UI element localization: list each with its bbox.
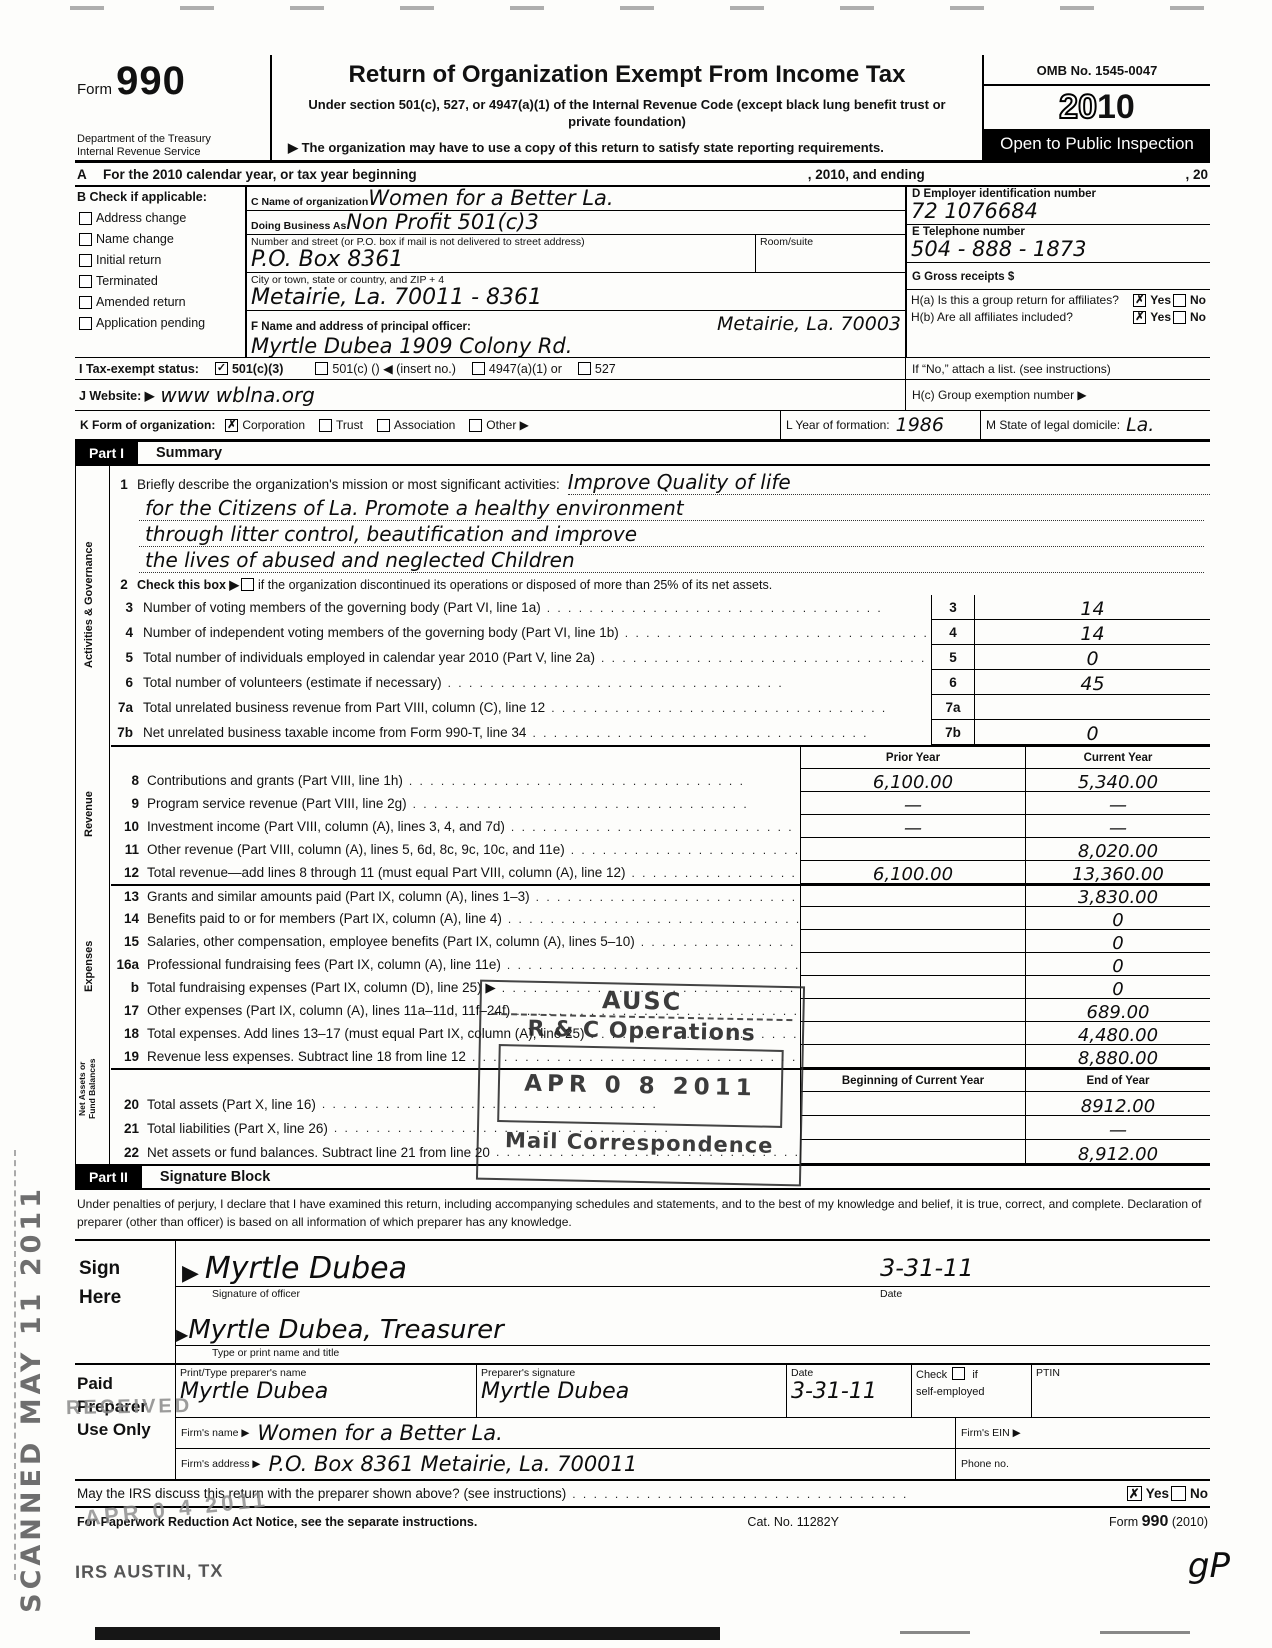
current-value[interactable]: 13,360.00: [1025, 861, 1210, 884]
checkbox-amended-return[interactable]: [79, 296, 92, 309]
summary-row-12: 12Total revenue—add lines 8 through 11 (…: [111, 861, 1210, 884]
row-num: 15: [113, 934, 147, 949]
prior-value[interactable]: —: [800, 792, 1025, 815]
domicile-label: M State of legal domicile:: [986, 418, 1120, 432]
line-i-tax-exempt: I Tax-exempt status: ✓ 501(c)(3) 501(c) …: [75, 358, 1210, 380]
room-suite-label: Room/suite: [755, 235, 905, 272]
summary-row-4: 4Number of independent voting members of…: [111, 620, 1210, 645]
sign-word: Sign: [79, 1255, 175, 1284]
preparer-row-2: Firm's name ▶ Women for a Better La. Fir…: [176, 1418, 1210, 1449]
dba-value[interactable]: Non Profit 501(c)3: [346, 212, 539, 233]
row-num: 7b: [113, 725, 143, 740]
row-label: Salaries, other compensation, employee b…: [147, 934, 635, 949]
section-b-checklist: B Check if applicable: Address change Na…: [75, 187, 247, 357]
current-value[interactable]: 0: [1025, 930, 1210, 953]
footer-form-number: Form 990 (2010): [1109, 1513, 1208, 1531]
scan-artifact-dash: [1100, 1631, 1190, 1634]
open-to-public-badge: Open to Public Inspection: [984, 129, 1210, 160]
sidebar-revenue: Revenue: [83, 754, 95, 874]
phone-label: Phone no.: [955, 1449, 1210, 1479]
domicile-value[interactable]: La.: [1126, 414, 1154, 436]
current-value[interactable]: 0: [1025, 953, 1210, 976]
prior-value[interactable]: [800, 976, 1025, 999]
label-trust: Trust: [336, 418, 363, 432]
dot-leader: [407, 797, 800, 811]
summary-row-11: 11Other revenue (Part VIII, column (A), …: [111, 838, 1210, 861]
row-num: 22: [113, 1145, 147, 1160]
prior-value[interactable]: [800, 999, 1025, 1022]
website-label: J Website: ▶: [79, 388, 154, 403]
end-value[interactable]: 8,912.00: [1025, 1140, 1210, 1164]
row-num: 19: [113, 1049, 147, 1064]
hb-note: If “No,” attach a list. (see instruction…: [905, 358, 1210, 379]
hb-yes-label: Yes: [1150, 310, 1171, 324]
dba-label: Doing Business As: [251, 220, 346, 232]
row-num: 13: [113, 889, 147, 904]
identity-block: B Check if applicable: Address change Na…: [75, 187, 1210, 358]
prior-value[interactable]: 6,100.00: [800, 861, 1025, 884]
officer-signature-date[interactable]: 3-31-11: [880, 1254, 1210, 1286]
firm-address-value[interactable]: P.O. Box 8361 Metairie, La. 700011: [269, 1452, 638, 1476]
row-label: Total assets (Part X, line 16): [147, 1097, 316, 1112]
row-num: 6: [113, 675, 143, 690]
ha-label: H(a) Is this a group return for affiliat…: [911, 293, 1131, 307]
row-numbox: 7a: [931, 695, 975, 720]
line-a: A For the 2010 calendar year, or tax yea…: [75, 163, 1210, 187]
self-employed-label: self-employed: [916, 1384, 1027, 1401]
preparer-date-label: Date: [791, 1367, 907, 1379]
row-num: 11: [113, 842, 147, 857]
row-num: 5: [113, 650, 143, 665]
label-address-change: Address change: [96, 211, 186, 225]
current-value[interactable]: 8,020.00: [1025, 838, 1210, 861]
summary-row-9: 9Program service revenue (Part VIII, lin…: [111, 792, 1210, 815]
irs-austin-stamp: IRS AUSTIN, TX: [75, 1552, 1210, 1583]
footer-990: 990: [1142, 1513, 1169, 1530]
line2-rest: if the organization discontinued its ope…: [258, 578, 772, 592]
department-lines: Department of the Treasury Internal Reve…: [77, 133, 270, 158]
line-klm: K Form of organization: ✗ Corporation Tr…: [75, 411, 1210, 440]
form-word: Form: [77, 81, 112, 98]
row-num: 16a: [113, 957, 147, 972]
row-label: Total liabilities (Part X, line 26): [147, 1121, 328, 1136]
current-value[interactable]: 5,340.00: [1025, 769, 1210, 792]
row-num: 14: [113, 911, 147, 926]
part1-tag: Part I: [75, 442, 138, 464]
form-of-org-label: K Form of organization:: [80, 418, 215, 432]
ha-no-label: No: [1190, 293, 1206, 307]
checkbox-trust[interactable]: [319, 419, 332, 432]
row-numbox: 3: [931, 595, 975, 620]
row-value[interactable]: [975, 695, 1210, 720]
firm-ein-label: Firm's EIN ▶: [955, 1418, 1210, 1448]
dot-leader: [619, 626, 931, 640]
row-num: 18: [113, 1026, 147, 1041]
line1-label: Briefly describe the organization's miss…: [137, 477, 560, 492]
dot-leader: [541, 601, 931, 615]
summary-row-10: 10Investment income (Part VIII, column (…: [111, 815, 1210, 838]
checkbox-application-pending[interactable]: [79, 317, 92, 330]
dot-leader: [442, 676, 931, 690]
sidebar-net-assets: Net Assets or Fund Balances: [78, 1052, 98, 1126]
ptin-label: PTIN: [1031, 1365, 1210, 1417]
discuss-yes-label: Yes: [1146, 1486, 1169, 1501]
current-value[interactable]: —: [1025, 815, 1210, 838]
label-other: Other ▶: [486, 418, 529, 432]
label-insert-no: ) ◀ (insert no.): [375, 361, 455, 376]
ausc-mail-stamp: AUSC R & C Operations APR 0 8 2011 Mail …: [476, 980, 805, 1187]
row-num: 12: [113, 865, 147, 880]
firm-name-label: Firm's name ▶: [181, 1427, 249, 1439]
label-527: 527: [595, 362, 616, 376]
current-value[interactable]: 0: [1025, 907, 1210, 930]
checkbox-name-change[interactable]: [79, 233, 92, 246]
sidebar-expenses: Expenses: [83, 886, 95, 1046]
checkbox-527[interactable]: [578, 362, 591, 375]
hb-yes-checkbox[interactable]: ✗: [1133, 311, 1146, 324]
typed-name-title[interactable]: Myrtle Dubea, Treasurer: [188, 1317, 1210, 1345]
footer-year: (2010): [1172, 1515, 1208, 1529]
row-num: b: [113, 980, 147, 995]
perjury-statement: Under penalties of perjury, I declare th…: [75, 1190, 1210, 1239]
row-label: Program service revenue (Part VIII, line…: [147, 796, 407, 811]
current-value[interactable]: 4,480.00: [1025, 1022, 1210, 1045]
org-name-label: C Name of organization: [251, 196, 368, 208]
section-b-heading: Check if applicable:: [90, 190, 207, 204]
row-num: 17: [113, 1003, 147, 1018]
beginning-year-header: Beginning of Current Year: [800, 1070, 1025, 1092]
end-value[interactable]: —: [1025, 1116, 1210, 1140]
line-j-website: J Website: ▶ www wblna.org H(c) Group ex…: [75, 380, 1210, 411]
officer-city-value[interactable]: Metairie, La. 70003: [717, 313, 901, 335]
preparer-row-1: Print/Type preparer's name Myrtle Dubea …: [176, 1365, 1210, 1418]
year-formation-label: L Year of formation:: [786, 418, 890, 432]
summary-row-7b: 7bNet unrelated business taxable income …: [111, 720, 1210, 745]
mission-text-4[interactable]: the lives of abused and neglected Childr…: [139, 549, 1204, 573]
hb-label: H(b) Are all affiliates included?: [911, 310, 1131, 324]
checkbox-association[interactable]: [377, 419, 390, 432]
prior-value[interactable]: [800, 930, 1025, 953]
row-num: 4: [113, 625, 143, 640]
line2-label: Check this box ▶: [137, 577, 239, 592]
label-501c3: 501(c)(3): [232, 362, 283, 376]
signature-of-officer-label: Signature of officer: [212, 1288, 880, 1300]
dot-leader: [530, 890, 800, 904]
row-num: 7a: [113, 700, 143, 715]
summary-row-16a: 16aProfessional fundraising fees (Part I…: [111, 953, 1210, 976]
row-value[interactable]: 45: [975, 670, 1210, 695]
row-num: 8: [113, 773, 147, 788]
line-a-text2: , 2010, and ending: [808, 167, 925, 182]
dot-leader: [566, 1487, 1124, 1501]
self-employed-checkbox[interactable]: [952, 1367, 965, 1380]
type-print-label: Type or print name and title: [176, 1346, 1210, 1363]
line-a-text1: For the 2010 calendar year, or tax year …: [103, 167, 417, 182]
here-word: Here: [79, 1284, 175, 1313]
begin-value[interactable]: [800, 1116, 1025, 1140]
summary-row-8: 8Contributions and grants (Part VIII, li…: [111, 769, 1210, 792]
begin-value[interactable]: [800, 1092, 1025, 1116]
checkbox-501c[interactable]: [315, 362, 328, 375]
prior-value[interactable]: [800, 1045, 1025, 1068]
year-solid: 10: [1097, 88, 1135, 126]
row-label: Total unrelated business revenue from Pa…: [143, 700, 545, 715]
officer-name-value[interactable]: Myrtle Dubea 1909 Colony Rd.: [251, 335, 901, 357]
discuss-no-checkbox[interactable]: [1171, 1486, 1186, 1501]
section-defgh: D Employer identification number 72 1076…: [907, 187, 1210, 357]
hc-label: H(c) Group exemption number ▶: [905, 380, 1210, 410]
pointer-icon: ▶: [176, 1325, 188, 1345]
row-label: Net assets or fund balances. Subtract li…: [147, 1145, 490, 1160]
handwritten-page-mark: gP: [1188, 1546, 1230, 1586]
prior-value[interactable]: [800, 886, 1025, 907]
checkbox-4947[interactable]: [472, 362, 485, 375]
dot-leader: [595, 651, 931, 665]
state-reporting-note: ▶ The organization may have to use a cop…: [282, 134, 972, 158]
mission-text-2[interactable]: for the Citizens of La. Promote a health…: [139, 497, 1204, 521]
typed-name-row: ▶ Myrtle Dubea, Treasurer: [176, 1304, 1210, 1346]
row-label: Professional fundraising fees (Part IX, …: [147, 957, 501, 972]
row-label: Other expenses (Part IX, column (A), lin…: [147, 1003, 510, 1018]
catalog-number: Cat. No. 11282Y: [747, 1515, 839, 1529]
row-label: Other revenue (Part VIII, column (A), li…: [147, 842, 565, 857]
dot-leader: [403, 774, 800, 788]
label-initial-return: Initial return: [96, 253, 161, 267]
row-numbox: 7b: [931, 720, 975, 745]
row-numbox: 4: [931, 620, 975, 645]
row-num: 10: [113, 819, 147, 834]
label-4947: 4947(a)(1) or: [489, 362, 562, 376]
mission-text-1[interactable]: Improve Quality of life: [568, 470, 1210, 495]
dept-line-1: Department of the Treasury: [77, 133, 270, 146]
summary-row-5: 5Total number of individuals employed in…: [111, 645, 1210, 670]
hb-no-label: No: [1190, 310, 1206, 324]
prior-value[interactable]: [800, 907, 1025, 930]
if-word: if: [972, 1369, 978, 1381]
officer-signature-row: ▶ Myrtle Dubea 3-31-11: [176, 1241, 1210, 1287]
date-label: Date: [880, 1288, 1210, 1300]
row-numbox: 6: [931, 670, 975, 695]
label-name-change: Name change: [96, 232, 174, 246]
checkbox-other[interactable]: [469, 419, 482, 432]
use-only-word: Use Only: [77, 1419, 175, 1442]
telephone-value[interactable]: 504 - 888 - 1873: [907, 239, 1210, 263]
dept-line-2: Internal Revenue Service: [77, 146, 270, 159]
part1-bar: Part I Summary: [75, 440, 1210, 466]
row-value[interactable]: 14: [975, 620, 1210, 645]
preparer-name-value[interactable]: Myrtle Dubea: [180, 1379, 472, 1405]
dot-leader: [545, 701, 931, 715]
checkbox-address-change[interactable]: [79, 212, 92, 225]
label-amended-return: Amended return: [96, 295, 186, 309]
summary-row-14: 14Benefits paid to or for members (Part …: [111, 907, 1210, 930]
begin-value[interactable]: [800, 1140, 1025, 1164]
preparer-signature-value[interactable]: Myrtle Dubea: [481, 1379, 782, 1405]
ha-yes-label: Yes: [1150, 293, 1171, 307]
prior-value[interactable]: —: [800, 815, 1025, 838]
hb-no-checkbox[interactable]: [1173, 311, 1186, 324]
scan-artifact-bottom-bar: [95, 1627, 720, 1640]
current-value[interactable]: 689.00: [1025, 999, 1210, 1022]
row-label: Total number of volunteers (estimate if …: [143, 675, 442, 690]
city-value[interactable]: Metairie, La. 70011 - 8361: [251, 286, 901, 309]
current-value[interactable]: 8,880.00: [1025, 1045, 1210, 1068]
ha-yes-checkbox[interactable]: ✗: [1133, 294, 1146, 307]
summary-row-15: 15Salaries, other compensation, employee…: [111, 930, 1210, 953]
row-label: Contributions and grants (Part VIII, lin…: [147, 773, 403, 788]
form-header: Form 990 Department of the Treasury Inte…: [75, 55, 1210, 163]
check-word: Check: [916, 1369, 947, 1381]
row-num: 9: [113, 796, 147, 811]
prior-value[interactable]: [800, 1022, 1025, 1045]
dot-leader: [501, 958, 800, 972]
current-year-header: Current Year: [1025, 747, 1210, 769]
rc-operations-line: R & C Operations: [481, 1016, 802, 1048]
end-value[interactable]: 8912.00: [1025, 1092, 1210, 1116]
scan-artifact-top: [70, 6, 1232, 10]
dot-leader: [526, 726, 931, 740]
street-value[interactable]: P.O. Box 8361: [251, 248, 751, 271]
summary-row-13: 13Grants and similar amounts paid (Part …: [111, 884, 1210, 907]
current-value[interactable]: 0: [1025, 976, 1210, 999]
current-value[interactable]: 3,830.00: [1025, 886, 1210, 907]
part1-title: Summary: [138, 442, 240, 464]
ha-no-checkbox[interactable]: [1173, 294, 1186, 307]
dot-leader: [565, 843, 800, 857]
tax-year: 2010: [984, 84, 1210, 129]
part2-tag: Part II: [75, 1166, 142, 1188]
year-formation-value[interactable]: 1986: [896, 414, 944, 436]
label-corporation: Corporation: [242, 418, 305, 432]
summary-row-3: 3Number of voting members of the governi…: [111, 595, 1210, 620]
org-name-value[interactable]: Women for a Better La.: [368, 188, 613, 209]
row-label: Number of voting members of the governin…: [143, 600, 541, 615]
omb-number: OMB No. 1545-0047: [984, 55, 1210, 84]
row-label: Investment income (Part VIII, column (A)…: [147, 819, 505, 834]
paid-word: Paid: [77, 1373, 175, 1396]
row-label: Benefits paid to or for members (Part IX…: [147, 911, 502, 926]
preparer-date-value[interactable]: 3-31-11: [791, 1379, 907, 1405]
row-num: 21: [113, 1121, 147, 1136]
row-label: Total revenue—add lines 8 through 11 (mu…: [147, 865, 626, 880]
preparer-row-3: Firm's address ▶ P.O. Box 8361 Metairie,…: [176, 1449, 1210, 1479]
firm-address-label: Firm's address ▶: [181, 1458, 261, 1470]
year-outline: 20: [1059, 88, 1097, 126]
row-label: Total number of individuals employed in …: [143, 650, 595, 665]
row-num: 20: [113, 1097, 147, 1112]
checkbox-terminated[interactable]: [79, 275, 92, 288]
gross-receipts-label: G Gross receipts $: [907, 263, 1210, 290]
discuss-yes-checkbox[interactable]: ✗: [1127, 1486, 1142, 1501]
row-value[interactable]: 0: [975, 720, 1210, 745]
dot-leader: [626, 866, 801, 880]
row-numbox: 5: [931, 645, 975, 670]
year-column-headers: Prior Year Current Year: [111, 745, 1210, 769]
part2-title: Signature Block: [142, 1166, 288, 1188]
end-year-header: End of Year: [1025, 1070, 1210, 1092]
mission-line: 1 Briefly describe the organization's mi…: [111, 466, 1210, 495]
section-c-organization: C Name of organization Women for a Bette…: [247, 187, 907, 357]
tax-exempt-label: I Tax-exempt status:: [79, 362, 199, 376]
ein-value[interactable]: 72 1076684: [907, 201, 1210, 225]
checkbox-501c3[interactable]: ✓: [215, 362, 228, 375]
mission-text-3[interactable]: through litter control, beautification a…: [139, 523, 1204, 547]
dot-leader: [505, 820, 800, 834]
dot-leader: [502, 912, 800, 926]
row-label: Grants and similar amounts paid (Part IX…: [147, 889, 530, 904]
line2-discontinued: 2 Check this box ▶ if the organization d…: [111, 573, 1210, 595]
form-subtitle: Under section 501(c), 527, or 4947(a)(1)…: [282, 93, 972, 130]
discuss-no-label: No: [1190, 1486, 1208, 1501]
checkbox-initial-return[interactable]: [79, 254, 92, 267]
preparer-signature-label: Preparer's signature: [481, 1367, 782, 1379]
line2-num: 2: [111, 577, 137, 592]
line-a-text3: , 20: [1185, 167, 1208, 182]
preparer-name-label: Print/Type preparer's name: [180, 1367, 472, 1379]
footer-form-word: Form: [1109, 1515, 1138, 1529]
section-b-id: B: [77, 190, 86, 204]
label-terminated: Terminated: [96, 274, 158, 288]
form-number: Form 990: [77, 59, 270, 104]
prior-value[interactable]: [800, 838, 1025, 861]
row-value[interactable]: 0: [975, 645, 1210, 670]
row-label: Net unrelated business taxable income fr…: [143, 725, 526, 740]
row-label: Number of independent voting members of …: [143, 625, 619, 640]
line1-num: 1: [111, 477, 137, 492]
checkbox-discontinued[interactable]: [241, 578, 254, 591]
label-501c: 501(c) (: [332, 362, 375, 376]
prior-value[interactable]: [800, 953, 1025, 976]
dot-leader: [635, 935, 800, 949]
received-stamp: RECEIVED: [66, 1395, 193, 1420]
mail-correspondence-line: Mail Correspondence: [479, 1122, 801, 1159]
prior-value[interactable]: 6,100.00: [800, 769, 1025, 792]
pointer-icon: ▶: [176, 1260, 205, 1286]
firm-name-value[interactable]: Women for a Better La.: [257, 1421, 502, 1445]
scan-artifact-dash: [900, 1631, 970, 1634]
form-990-page: Form 990 Department of the Treasury Inte…: [0, 0, 1272, 1648]
line-a-id: A: [77, 167, 103, 182]
scanned-date-stamp: SCANNED MAY 11 2011: [16, 1185, 47, 1613]
form-number-value: 990: [116, 59, 186, 103]
row-label: Revenue less expenses. Subtract line 18 …: [147, 1049, 466, 1064]
label-association: Association: [394, 418, 455, 432]
sidebar-activities-governance: Activities & Governance: [83, 480, 95, 730]
sign-here-block: Sign Here ▶ Myrtle Dubea 3-31-11 Signatu…: [75, 1239, 1210, 1363]
officer-label: F Name and address of principal officer:: [251, 321, 471, 333]
checkbox-corporation[interactable]: ✗: [225, 419, 238, 432]
row-num: 3: [113, 600, 143, 615]
current-value[interactable]: —: [1025, 792, 1210, 815]
label-application-pending: Application pending: [96, 316, 205, 330]
paid-preparer-block: Paid Preparer Use Only Print/Type prepar…: [75, 1363, 1210, 1481]
row-label: Total fundraising expenses (Part IX, col…: [147, 980, 496, 996]
row-value[interactable]: 14: [975, 595, 1210, 620]
stamp-date-box: APR 0 8 2011: [497, 1044, 784, 1128]
prior-year-header: Prior Year: [800, 747, 1025, 769]
website-value[interactable]: www wblna.org: [160, 383, 314, 407]
officer-signature[interactable]: Myrtle Dubea: [205, 1254, 880, 1286]
page-title: Return of Organization Exempt From Incom…: [282, 61, 972, 89]
summary-row-7a: 7aTotal unrelated business revenue from …: [111, 695, 1210, 720]
summary-row-6: 6Total number of volunteers (estimate if…: [111, 670, 1210, 695]
